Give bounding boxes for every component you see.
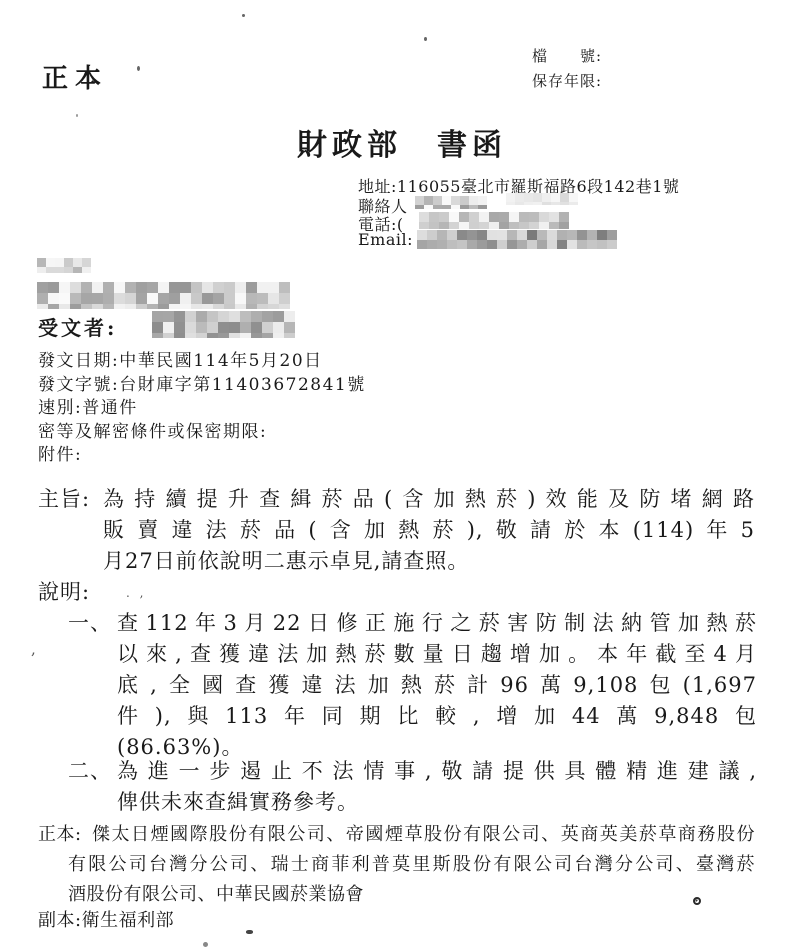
item-2-line: 為進一步遏止不法情事,敬請提供具體精進建議, xyxy=(117,756,757,787)
document-title: 財政部 書函 xyxy=(297,120,507,164)
copy-to-value: 衛生福利部 xyxy=(82,910,175,931)
item-2-number: 二、 xyxy=(68,756,112,787)
subject-line: 月27日前依說明二惠示卓見,請查照。 xyxy=(103,546,755,577)
item-2-line: 俾供未來查緝實務參考。 xyxy=(117,787,757,818)
redacted-phone xyxy=(419,212,573,229)
speed-row: 速別:普通件 xyxy=(38,397,366,421)
item-1-line: 件),與113年同期比較,增加44萬9,848包 xyxy=(117,701,757,732)
item-1-line: 底,全國查獲違法加熱菸計96萬9,108包(1,697 xyxy=(117,670,757,701)
document-page: 正本 檔 號: 保存年限: 財政部 書函 地址:116055臺北市羅斯福路6段1… xyxy=(0,0,787,952)
subject-label: 主旨: xyxy=(38,484,90,515)
redacted-recipient-address xyxy=(37,282,298,309)
recipient-label: 受文者: xyxy=(38,312,117,341)
doc-meta-block: 發文日期:中華民國114年5月20日 發文字號:台財庫字第11403672841… xyxy=(38,350,366,468)
scan-speck xyxy=(203,942,208,947)
security-label: 密等及解密條件或保密期限: xyxy=(38,422,267,442)
issue-date-value: 中華民國114年5月20日 xyxy=(119,351,322,371)
redacted-contact-ext xyxy=(506,193,586,205)
sender-email-row: Email: xyxy=(358,230,413,249)
subject-text: 為持續提升查緝菸品(含加熱菸)效能及防堵網路 販賣違法菸品(含加熱菸),敬請於本… xyxy=(103,484,755,577)
doc-number-label: 發文字號: xyxy=(38,375,119,395)
scan-mark-comma: , xyxy=(31,640,36,658)
scan-mark-dots: . , xyxy=(126,586,146,600)
item-1-line: 查112年3月22日修正施行之菸害防制法納管加熱菸 xyxy=(117,608,757,639)
attachment-label: 附件: xyxy=(38,445,82,465)
email-label: Email: xyxy=(358,230,413,249)
speed-label: 速別: xyxy=(38,398,82,418)
redacted-recipient-code xyxy=(37,258,93,273)
attachment-row: 附件: xyxy=(38,444,366,468)
scan-speck xyxy=(137,66,140,71)
file-number-block: 檔 號: 保存年限: xyxy=(532,44,602,94)
scan-speck xyxy=(424,37,427,41)
item-1-number: 一、 xyxy=(68,608,112,639)
item-1-text: 查112年3月22日修正施行之菸害防制法納管加熱菸 以來,查獲違法加熱菸數量日趨… xyxy=(117,608,757,763)
copy-to-label: 副本: xyxy=(38,910,82,931)
scan-speck xyxy=(246,930,253,934)
scan-speck xyxy=(76,114,78,117)
explanation-label: 說明: xyxy=(38,577,90,608)
doc-number-value: 台財庫字第11403672841號 xyxy=(119,375,365,395)
redacted-contact-name xyxy=(415,196,491,209)
subject-line: 為持續提升查緝菸品(含加熱菸)效能及防堵網路 xyxy=(103,484,755,515)
original-to-line: 有限公司台灣分公司、瑞士商菲利普莫里斯股份有限公司台灣分公司、臺灣菸 xyxy=(68,850,755,880)
issue-date-row: 發文日期:中華民國114年5月20日 xyxy=(38,350,366,374)
scan-mark-circle xyxy=(693,897,701,905)
original-to-label: 正本: xyxy=(38,820,82,850)
speed-value: 普通件 xyxy=(82,398,138,418)
retention-period-label: 保存年限: xyxy=(532,69,602,94)
redacted-email xyxy=(417,230,617,249)
item-2-text: 為進一步遏止不法情事,敬請提供具體精進建議, 俾供未來查緝實務參考。 xyxy=(117,756,757,818)
copy-to-row: 副本:衛生福利部 xyxy=(38,906,174,936)
redacted-recipient-name xyxy=(152,311,304,338)
file-number-label: 檔 號: xyxy=(532,44,602,69)
item-1-line: 以來,查獲違法加熱菸數量日趨增加。本年截至4月 xyxy=(117,639,757,670)
copy-type-label: 正本 xyxy=(42,58,108,95)
scan-speck xyxy=(242,14,245,17)
subject-line: 販賣違法菸品(含加熱菸),敬請於本(114)年5 xyxy=(103,515,755,546)
security-row: 密等及解密條件或保密期限: xyxy=(38,421,366,445)
original-to-line: 傑太日煙國際股份有限公司、帝國煙草股份有限公司、英商英美菸草商務股份 xyxy=(92,820,755,850)
issue-date-label: 發文日期: xyxy=(38,351,119,371)
doc-number-row: 發文字號:台財庫字第11403672841號 xyxy=(38,374,366,398)
